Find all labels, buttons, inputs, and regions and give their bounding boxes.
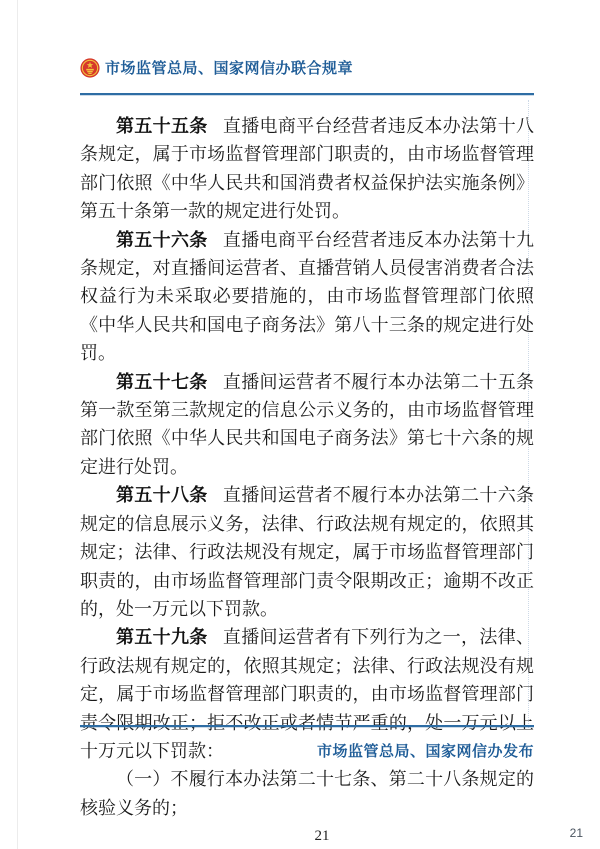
document-page: { "header": { "title": "市场监管总局、国家网信办联合规章… bbox=[0, 0, 600, 849]
page-left-edge bbox=[17, 0, 18, 849]
article-56: 第五十六条直播电商平台经营者违反本办法第十九条规定，对直播间运营者、直播营销人员… bbox=[80, 226, 534, 368]
footer-publisher: 市场监管总局、国家网信办发布 bbox=[80, 740, 534, 761]
article-59-number: 第五十九条 bbox=[116, 627, 208, 647]
article-58-number: 第五十八条 bbox=[116, 485, 208, 505]
article-57-number: 第五十七条 bbox=[116, 372, 208, 392]
list-item-1: （一）不履行本办法第二十七条、第二十八条规定的核验义务的； bbox=[80, 765, 534, 822]
footer-rule bbox=[80, 725, 534, 727]
article-58-text: 直播间运营者不履行本办法第二十六条规定的信息展示义务，法律、行政法规有规定的，依… bbox=[80, 485, 534, 619]
header-title: 市场监管总局、国家网信办联合规章 bbox=[105, 57, 353, 78]
article-56-number: 第五十六条 bbox=[116, 230, 208, 250]
page-header: 市场监管总局、国家网信办联合规章 bbox=[80, 57, 534, 78]
article-55-number: 第五十五条 bbox=[116, 116, 208, 136]
viewer-page-number: 21 bbox=[570, 826, 583, 840]
article-57: 第五十七条直播间运营者不履行本办法第二十五条第一款至第三款规定的信息公示义务的，… bbox=[80, 368, 534, 482]
page-footer: 市场监管总局、国家网信办发布 bbox=[80, 725, 534, 761]
article-58: 第五十八条直播间运营者不履行本办法第二十六条规定的信息展示义务，法律、行政法规有… bbox=[80, 481, 534, 623]
page-number: 21 bbox=[80, 822, 534, 849]
china-national-emblem-icon bbox=[80, 58, 100, 78]
article-55: 第五十五条直播电商平台经营者违反本办法第十八条规定，属于市场监督管理部门职责的，… bbox=[80, 112, 534, 226]
header-rule bbox=[80, 93, 534, 95]
